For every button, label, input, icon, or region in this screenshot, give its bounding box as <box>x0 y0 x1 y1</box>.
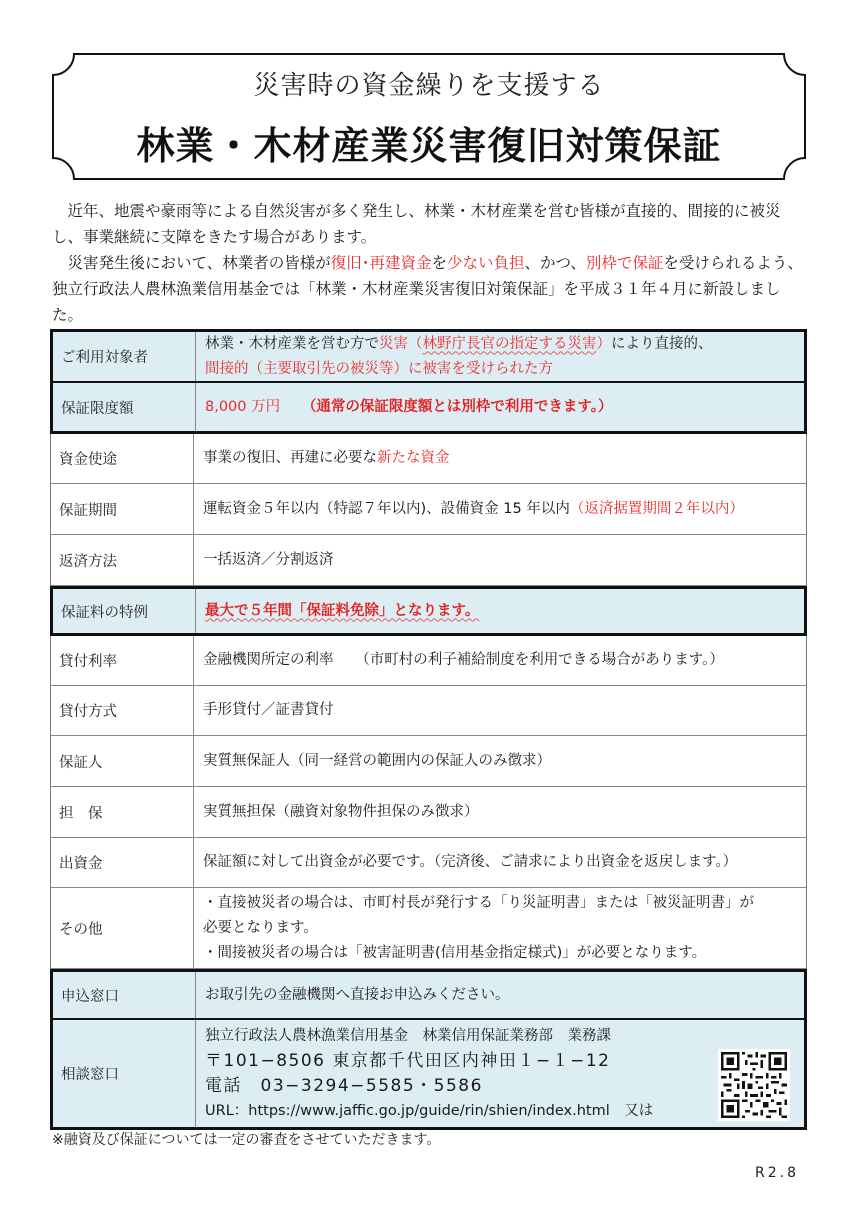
table-row-contact: 相談窓口 独立行政法人農林漁業信用基金 林業信用保証業務部 業務課 〒101−8… <box>53 1020 804 1127</box>
row-label: 申込窓口 <box>53 972 196 1018</box>
contact-phone: 電話 03−3294−5585・5586 <box>205 1074 798 1099</box>
table-row-collateral: 担 保 実質無担保（融資対象物件担保のみ徴求） <box>50 787 807 838</box>
row-value: 一括返済／分割返済 <box>194 535 806 585</box>
row-label: その他 <box>51 888 194 968</box>
row-value: 最大で５年間「保証料免除」となります。 <box>196 589 804 633</box>
table-row-apply: 申込窓口 お取引先の金融機関へ直接お申込みください。 <box>53 972 804 1020</box>
table-row-rate: 貸付利率 金融機関所定の利率 （市町村の利子補給制度を利用できる場合があります。… <box>50 636 807 686</box>
footnote: ※融資及び保証については一定の審査をさせていただきます。 <box>52 1129 440 1149</box>
page-title: 林業・木材産業災害復旧対策保証 <box>52 115 806 170</box>
qr-code-icon[interactable] <box>718 1049 790 1121</box>
row-label: 保証限度額 <box>53 383 196 431</box>
intro-paragraph-1: 近年、地震や豪雨等による自然災害が多く発生し、林業・木材産業を営む皆様が直接的、… <box>52 198 808 250</box>
row-value: 保証額に対して出資金が必要です。（完済後、ご請求により出資金を返戻します。） <box>194 838 806 887</box>
row-value: 手形貸付／証書貸付 <box>194 686 806 735</box>
page-subtitle: 災害時の資金繰りを支援する <box>52 65 806 102</box>
title-box: 災害時の資金繰りを支援する 林業・木材産業災害復旧対策保証 <box>52 53 806 180</box>
row-value: 実質無担保（融資対象物件担保のみ徴求） <box>194 787 806 837</box>
row-value: 林業・木材産業を営む方で災害（林野庁長官の指定する災害）により直接的、 間接的（… <box>196 332 804 381</box>
highlight-group-apply-contact: 申込窓口 お取引先の金融機関へ直接お申込みください。 相談窓口 独立行政法人農林… <box>50 969 807 1130</box>
row-label: 保証期間 <box>51 484 194 534</box>
row-label: 保証料の特例 <box>53 589 196 633</box>
row-label: 担 保 <box>51 787 194 837</box>
contact-url[interactable]: URL：https://www.jaffic.go.jp/guide/rin/s… <box>205 1099 798 1124</box>
table-row-repayment: 返済方法 一括返済／分割返済 <box>50 535 807 586</box>
table-row-limit: 保証限度額 8,000 万円 （通常の保証限度額とは別枠で利用できます。） <box>53 383 804 431</box>
row-label: ご利用対象者 <box>53 332 196 381</box>
contact-address: 〒101−8506 東京都千代田区内神田１−１−12 <box>205 1049 798 1074</box>
table-row-period: 保証期間 運転資金５年以内（特認７年以内)、設備資金 15 年以内（返済据置期間… <box>50 484 807 535</box>
table-row-fee: 保証料の特例 最大で５年間「保証料免除」となります。 <box>53 589 804 633</box>
row-value: ・直接被災者の場合は、市町村長が発行する「り災証明書」または「被災証明書」が 必… <box>194 888 806 968</box>
contact-org: 独立行政法人農林漁業信用基金 林業信用保証業務部 業務課 <box>205 1024 798 1049</box>
row-label: 貸付方式 <box>51 686 194 735</box>
row-value: 独立行政法人農林漁業信用基金 林業信用保証業務部 業務課 〒101−8506 東… <box>196 1020 804 1127</box>
row-label: 出資金 <box>51 838 194 887</box>
row-label: 返済方法 <box>51 535 194 585</box>
row-value: 実質無保証人（同一経営の範囲内の保証人のみ徴求） <box>194 736 806 786</box>
table-row-method: 貸付方式 手形貸付／証書貸付 <box>50 686 807 736</box>
intro-text: 近年、地震や豪雨等による自然災害が多く発生し、林業・木材産業を営む皆様が直接的、… <box>52 198 808 328</box>
guarantee-info-table: ご利用対象者 林業・木材産業を営む方で災害（林野庁長官の指定する災害）により直接… <box>50 329 807 1130</box>
table-row-other: その他 ・直接被災者の場合は、市町村長が発行する「り災証明書」または「被災証明書… <box>50 888 807 969</box>
row-value: 事業の復旧、再建に必要な新たな資金 <box>194 434 806 483</box>
row-label: 相談窓口 <box>53 1020 196 1127</box>
row-label: 貸付利率 <box>51 636 194 685</box>
intro-paragraph-2: 災害発生後において、林業者の皆様が復旧･再建資金を少ない負担、かつ、別枠で保証を… <box>52 250 808 328</box>
table-row-guarantor: 保証人 実質無保証人（同一経営の範囲内の保証人のみ徴求） <box>50 736 807 787</box>
table-row-use: 資金使途 事業の復旧、再建に必要な新たな資金 <box>50 434 807 484</box>
highlight-group-fee: 保証料の特例 最大で５年間「保証料免除」となります。 <box>50 586 807 636</box>
highlight-group-target-limit: ご利用対象者 林業・木材産業を営む方で災害（林野庁長官の指定する災害）により直接… <box>50 329 807 434</box>
row-label: 資金使途 <box>51 434 194 483</box>
row-value: お取引先の金融機関へ直接お申込みください。 <box>196 972 804 1018</box>
row-value: 運転資金５年以内（特認７年以内)、設備資金 15 年以内（返済据置期間２年以内） <box>194 484 806 534</box>
table-row-target: ご利用対象者 林業・木材産業を営む方で災害（林野庁長官の指定する災害）により直接… <box>53 332 804 383</box>
table-row-investment: 出資金 保証額に対して出資金が必要です。（完済後、ご請求により出資金を返戻します… <box>50 838 807 888</box>
row-value: 金融機関所定の利率 （市町村の利子補給制度を利用できる場合があります。） <box>194 636 806 685</box>
row-value: 8,000 万円 （通常の保証限度額とは別枠で利用できます。） <box>196 383 804 431</box>
row-label: 保証人 <box>51 736 194 786</box>
version-label: R2.8 <box>755 1165 799 1181</box>
